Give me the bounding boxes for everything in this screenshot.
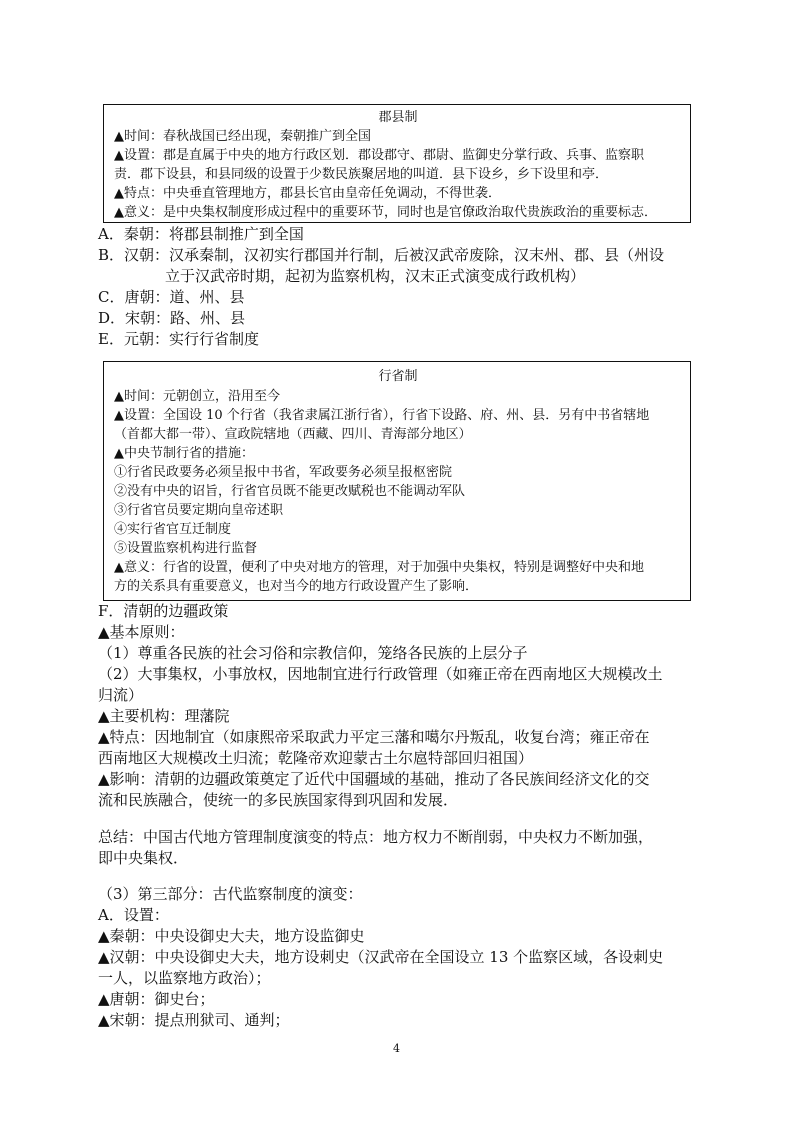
qing-principle-2: （2）大事集权，小事放权，因地制宜进行行政管理（如雍正帝在西南地区大规模改土: [98, 664, 663, 685]
box-line-setup-cont: 责．郡下设县，和县同级的设置于少数民族聚居地的叫道．县下设乡，乡下设里和亭．: [114, 165, 682, 184]
box-line-measure-2: ②没有中央的诏旨，行省官员既不能更改赋税也不能调动军队: [114, 482, 682, 501]
qing-impact-cont: 流和民族融合，使统一的多民族国家得到巩固和发展．: [98, 790, 458, 811]
dynasty-tang: C．唐朝：道、州、县: [98, 287, 244, 308]
page-number: 4: [393, 1042, 400, 1055]
box-line-measure-5: ⑤设置监察机构进行监督: [114, 539, 682, 558]
qing-heading: F．清朝的边疆政策: [98, 601, 228, 622]
box-line-measure-4: ④实行省官互迁制度: [114, 520, 682, 539]
part3-heading: （3）第三部分：古代监察制度的演变：: [98, 884, 363, 905]
qing-principle-1: （1）尊重各民族的社会习俗和宗教信仰，笼络各民族的上层分子: [98, 643, 528, 664]
box-line-measure-3: ③行省官员要定期向皇帝述职: [114, 501, 682, 520]
box-line-significance: ▲意义：是中央集权制度形成过程中的重要环节，同时也是官僚政治取代贵族政治的重要标…: [114, 203, 682, 222]
document-page: 郡县制 ▲时间：春秋战国已经出现，秦朝推广到全国 ▲设置：郡是直属于中央的地方行…: [0, 0, 793, 1122]
qing-principle-label: ▲基本原则：: [98, 622, 185, 643]
box-line-setup-cont: （首都大都一带）、宣政院辖地（西藏、四川、青海部分地区）: [114, 425, 682, 444]
box-line-feature: ▲特点：中央垂直管理地方，郡县长官由皇帝任免调动，不得世袭．: [114, 184, 682, 203]
part3-han: ▲汉朝：中央设御史大夫，地方设刺史（汉武帝在全国设立 13 个监察区域，各设刺史: [98, 947, 663, 968]
part3-tang: ▲唐朝：御史台；: [98, 989, 215, 1010]
part3-han-cont: 一人，以监察地方政治）；: [98, 968, 271, 989]
qing-principle-2-cont: 归流）: [98, 685, 143, 706]
junxian-system-box: 郡县制 ▲时间：春秋战国已经出现，秦朝推广到全国 ▲设置：郡是直属于中央的地方行…: [103, 104, 691, 223]
box-line-significance: ▲意义：行省的设置，便利了中央对地方的管理，对于加强中央集权，特别是调整好中央和…: [114, 558, 682, 577]
box-line-time: ▲时间：元朝创立，沿用至今: [114, 387, 682, 406]
box-line-setup: ▲设置：全国设 10 个行省（我省隶属江浙行省），行省下设路、府、州、县．另有中…: [114, 406, 682, 425]
dynasty-song: D．宋朝：路、州、县: [98, 308, 245, 329]
dynasty-han-cont: 立于汉武帝时期，起初为监察机构，汉末正式演变成行政机构）: [165, 266, 585, 287]
qing-feature: ▲特点：因地制宜（如康熙帝采取武力平定三藩和噶尔丹叛乱，收复台湾；雍正帝在: [98, 727, 650, 748]
box-line-setup: ▲设置：郡是直属于中央的地方行政区划．郡设郡守、郡尉、监御史分掌行政、兵事、监察…: [114, 146, 682, 165]
box-line-measure-1: ①行省民政要务必须呈报中书省，军政要务必须呈报枢密院: [114, 463, 682, 482]
province-system-box: 行省制 ▲时间：元朝创立，沿用至今 ▲设置：全国设 10 个行省（我省隶属江浙行…: [103, 361, 691, 601]
dynasty-han: B．汉朝：汉承秦制，汉初实行郡国并行制，后被汉武帝废除，汉末州、郡、县（州设: [98, 245, 664, 266]
box-title: 郡县制: [114, 109, 682, 126]
dynasty-yuan: E．元朝：实行行省制度: [98, 329, 259, 350]
qing-feature-cont: 西南地区大规模改土归流；乾隆帝欢迎蒙古土尔扈特部回归祖国）: [98, 748, 533, 769]
qing-agency: ▲主要机构：理藩院: [98, 706, 230, 727]
box-line-significance-cont: 方的关系具有重要意义，也对当今的地方行政设置产生了影响．: [114, 577, 682, 596]
box-line-time: ▲时间：春秋战国已经出现，秦朝推广到全国: [114, 127, 682, 146]
summary-line: 总结：中国古代地方管理制度演变的特点：地方权力不断削弱，中央权力不断加强，: [98, 827, 653, 848]
dynasty-qin: A．秦朝：将郡县制推广到全国: [98, 224, 304, 245]
part3-song: ▲宋朝：提点刑狱司、通判；: [98, 1010, 290, 1031]
part3-qin: ▲秦朝：中央设御史大夫，地方设监御史: [98, 926, 365, 947]
summary-line-cont: 即中央集权．: [98, 848, 188, 869]
box-line-measures: ▲中央节制行省的措施：: [114, 444, 682, 463]
box-title: 行省制: [114, 368, 682, 385]
qing-impact: ▲影响：清朝的边疆政策奠定了近代中国疆域的基础，推动了各民族间经济文化的交: [98, 769, 650, 790]
part3-setup-label: A．设置：: [98, 905, 169, 926]
